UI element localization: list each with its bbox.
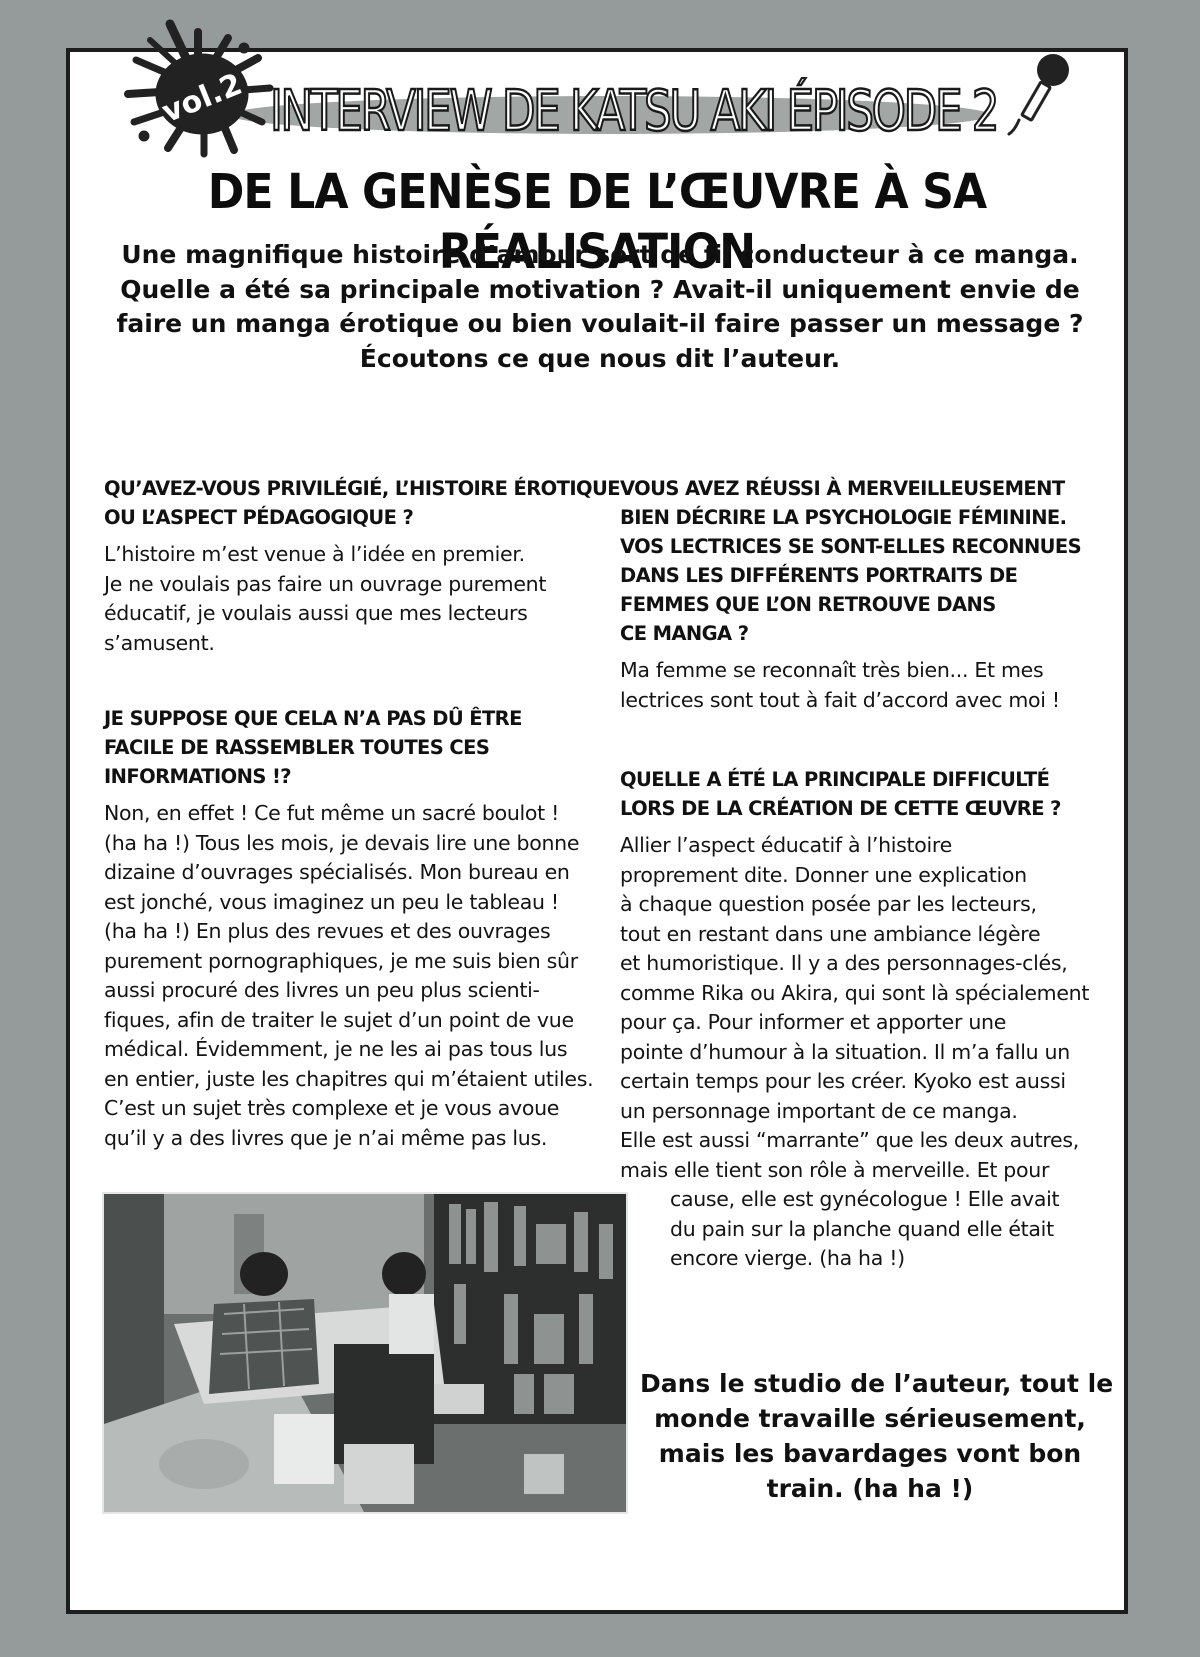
answer-line: fiques, afin de traiter le sujet d’un po… xyxy=(104,1006,604,1036)
answer-line: Allier l’aspect éducatif à l’histoire xyxy=(620,831,1100,861)
lede-line: Quelle a été sa principale motivation ? … xyxy=(100,273,1100,308)
answer-line: mais elle tient son rôle à merveille. Et… xyxy=(620,1156,1100,1186)
interview-column-left: QU’AVEZ-VOUS PRIVILÉGIÉ, L’HISTOIRE ÉROT… xyxy=(104,474,604,1153)
answer-line: pointe d’humour à la situation. Il m’a f… xyxy=(620,1038,1100,1068)
question-line: QU’AVEZ-VOUS PRIVILÉGIÉ, L’HISTOIRE ÉROT… xyxy=(104,474,604,503)
answer-line: dizaine d’ouvrages spécialisés. Mon bure… xyxy=(104,858,604,888)
answer-line: du pain sur la planche quand elle était xyxy=(620,1215,1100,1245)
answer-line: Je ne voulais pas faire un ouvrage purem… xyxy=(104,570,604,600)
answer-line: comme Rika ou Akira, qui sont là spécial… xyxy=(620,979,1100,1009)
answer-line: à chaque question posée par les lecteurs… xyxy=(620,890,1100,920)
question-line: INFORMATIONS !? xyxy=(104,762,604,791)
spacer xyxy=(620,715,1100,765)
answer-line: C’est un sujet très complexe et je vous … xyxy=(104,1094,604,1124)
question-line: QUELLE A ÉTÉ LA PRINCIPALE DIFFICULTÉ xyxy=(620,765,1100,794)
question-line: VOUS AVEZ RÉUSSI À MERVEILLEUSEMENT xyxy=(620,474,1100,503)
lede-line: Écoutons ce que nous dit l’auteur. xyxy=(100,342,1100,377)
answer-line: tout en restant dans une ambiance légère xyxy=(620,920,1100,950)
interview-column-right: VOUS AVEZ RÉUSSI À MERVEILLEUSEMENT BIEN… xyxy=(620,474,1100,1274)
question-2: JE SUPPOSE QUE CELA N’A PAS DÛ ÊTRE FACI… xyxy=(104,704,604,791)
caption-line: mais les bavardages vont bon xyxy=(640,1436,1100,1471)
answer-line: Elle est aussi “marrante” que les deux a… xyxy=(620,1126,1100,1156)
kicker-banner: INTERVIEW DE KATSU AKI ÉPISODE 2 xyxy=(230,78,1010,148)
question-line: VOS LECTRICES SE SONT-ELLES RECONNUES xyxy=(620,532,1100,561)
answer-line: s’amusent. xyxy=(104,629,604,659)
question-line: JE SUPPOSE QUE CELA N’A PAS DÛ ÊTRE xyxy=(104,704,604,733)
microphone-icon xyxy=(1005,48,1075,138)
studio-photo xyxy=(102,1192,628,1514)
lede-line: Une magnifique histoire d’amour sert de … xyxy=(100,238,1100,273)
question-line: DANS LES DIFFÉRENTS PORTRAITS DE xyxy=(620,561,1100,590)
answer-line: certain temps pour les créer. Kyoko est … xyxy=(620,1067,1100,1097)
answer-line: en entier, juste les chapitres qui m’éta… xyxy=(104,1065,604,1095)
lede-line: faire un manga érotique ou bien voulait-… xyxy=(100,307,1100,342)
answer-line: pour ça. Pour informer et apporter une xyxy=(620,1008,1100,1038)
answer-line: éducatif, je voulais aussi que mes lecte… xyxy=(104,599,604,629)
answer-3: Ma femme se reconnaît très bien... Et me… xyxy=(620,656,1100,715)
question-1: QU’AVEZ-VOUS PRIVILÉGIÉ, L’HISTOIRE ÉROT… xyxy=(104,474,604,532)
question-line: LORS DE LA CRÉATION DE CETTE ŒUVRE ? xyxy=(620,794,1100,823)
kicker-title: INTERVIEW DE KATSU AKI ÉPISODE 2 xyxy=(270,80,997,144)
answer-line: cause, elle est gynécologue ! Elle avait xyxy=(620,1185,1100,1215)
answer-line: lectrices sont tout à fait d’accord avec… xyxy=(620,686,1100,716)
answer-line: Ma femme se reconnaît très bien... Et me… xyxy=(620,656,1100,686)
spacer xyxy=(104,658,604,704)
question-line: FACILE DE RASSEMBLER TOUTES CES xyxy=(104,733,604,762)
answer-line: un personnage important de ce manga. xyxy=(620,1097,1100,1127)
answer-4: Allier l’aspect éducatif à l’histoire pr… xyxy=(620,831,1100,1274)
answer-1: L’histoire m’est venue à l’idée en premi… xyxy=(104,540,604,658)
answer-line: et humoristique. Il y a des personnages-… xyxy=(620,949,1100,979)
answer-line: Non, en effet ! Ce fut même un sacré bou… xyxy=(104,799,604,829)
caption-line: monde travaille sérieusement, xyxy=(640,1401,1100,1436)
question-3: VOUS AVEZ RÉUSSI À MERVEILLEUSEMENT BIEN… xyxy=(620,474,1100,648)
answer-line: aussi procuré des livres un peu plus sci… xyxy=(104,976,604,1006)
question-line: CE MANGA ? xyxy=(620,619,1100,648)
lede-paragraph: Une magnifique histoire d’amour sert de … xyxy=(100,238,1100,376)
ink-splat-icon: vol.2 xyxy=(124,18,274,158)
caption-line: train. (ha ha !) xyxy=(640,1471,1100,1506)
answer-line: médical. Évidemment, je ne les ai pas to… xyxy=(104,1035,604,1065)
question-line: OU L’ASPECT PÉDAGOGIQUE ? xyxy=(104,503,604,532)
photo-caption: Dans le studio de l’auteur, tout le mond… xyxy=(640,1366,1100,1506)
answer-line: est jonché, vous imaginez un peu le tabl… xyxy=(104,888,604,918)
answer-line: (ha ha !) Tous les mois, je devais lire … xyxy=(104,829,604,859)
question-4: QUELLE A ÉTÉ LA PRINCIPALE DIFFICULTÉ LO… xyxy=(620,765,1100,823)
answer-line: purement pornographiques, je me suis bie… xyxy=(104,947,604,977)
answer-line: encore vierge. (ha ha !) xyxy=(620,1244,1100,1274)
answer-line: (ha ha !) En plus des revues et des ouvr… xyxy=(104,917,604,947)
answer-line: qu’il y a des livres que je n’ai même pa… xyxy=(104,1124,604,1154)
answer-2: Non, en effet ! Ce fut même un sacré bou… xyxy=(104,799,604,1153)
answer-line: L’histoire m’est venue à l’idée en premi… xyxy=(104,540,604,570)
answer-line: proprement dite. Donner une explication xyxy=(620,861,1100,891)
caption-line: Dans le studio de l’auteur, tout le xyxy=(640,1366,1100,1401)
question-line: BIEN DÉCRIRE LA PSYCHOLOGIE FÉMININE. xyxy=(620,503,1100,532)
question-line: FEMMES QUE L’ON RETROUVE DANS xyxy=(620,590,1100,619)
